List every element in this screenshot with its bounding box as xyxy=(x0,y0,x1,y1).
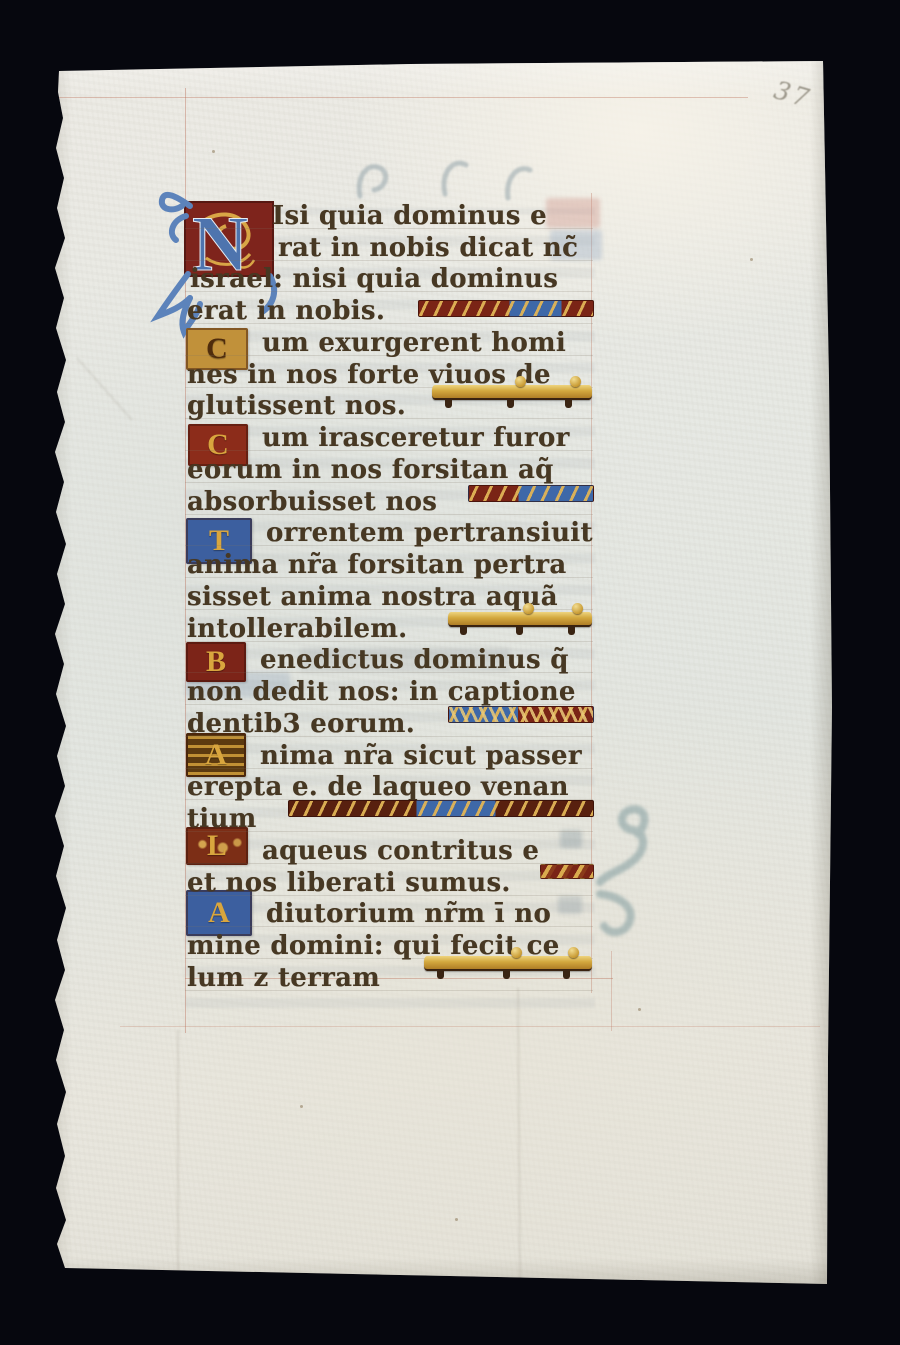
ivy-foot xyxy=(507,399,514,408)
parchment-speck xyxy=(212,150,215,153)
ivy-foot xyxy=(445,399,452,408)
ivy-foot xyxy=(516,626,523,635)
line-filler-lattice xyxy=(448,706,594,723)
showthrough-patch xyxy=(558,896,582,914)
text-line: absorbuisset nos xyxy=(187,487,437,517)
gold-ball xyxy=(572,603,583,614)
line-filler-braid xyxy=(468,485,594,502)
line-filler-goldbar xyxy=(424,946,592,980)
text-line: non dedit nos: in captione xyxy=(187,677,576,707)
line-filler-goldbar xyxy=(432,375,592,409)
parchment-speck xyxy=(455,1218,458,1221)
gold-overlay xyxy=(469,486,593,501)
ivy-foot xyxy=(565,399,572,408)
gold-ball xyxy=(570,376,581,387)
text-line: um exurgerent homi xyxy=(262,328,566,358)
text-line: tium xyxy=(187,804,257,834)
ruling-line xyxy=(58,97,748,98)
ivy-foot xyxy=(563,970,570,979)
parchment-speck xyxy=(300,1105,303,1108)
gold-overlay-2 xyxy=(449,707,593,722)
manuscript-leaf: N CCTBALA Isi quia dominus erat in nobis… xyxy=(50,58,836,1292)
illuminated-initial-A: A xyxy=(186,733,246,777)
text-line: israel: nisi quia dominus xyxy=(190,264,558,294)
gold-overlay xyxy=(419,301,593,316)
text-line: anima nr̃a forsitan pertra xyxy=(187,550,567,580)
text-line: aqueus contritus e xyxy=(262,836,539,866)
ivy-foot xyxy=(568,626,575,635)
initial-letter: A xyxy=(208,898,230,928)
text-line: lum z terram xyxy=(187,963,380,993)
ruling-line xyxy=(120,1026,820,1027)
line-filler-goldbar xyxy=(448,602,592,636)
folio-number: 37 xyxy=(771,75,815,113)
ivy-foot xyxy=(437,970,444,979)
illuminated-initial-B: B xyxy=(186,642,246,682)
parchment-speck xyxy=(750,258,753,261)
gold-bar xyxy=(432,385,592,400)
text-line: intollerabilem. xyxy=(187,614,408,644)
text-line: eorum in nos forsitan aq̃ xyxy=(187,455,554,485)
gold-overlay xyxy=(289,801,593,816)
text-line: erat in nobis. xyxy=(187,296,385,326)
text-line: um irasceretur furor xyxy=(262,423,570,453)
text-line: nima nr̃a sicut passer xyxy=(260,741,582,771)
ghost-s-flourish xyxy=(600,809,644,932)
gold-bar xyxy=(448,612,592,627)
text-line: rat in nobis dicat nc̃ xyxy=(278,233,578,263)
parchment-speck xyxy=(638,1008,641,1011)
text-line: orrentem pertransiuit xyxy=(266,518,593,548)
text-line: erepta e. de laqueo venan xyxy=(187,772,569,802)
gold-ball xyxy=(523,603,534,614)
ivy-foot xyxy=(460,626,467,635)
text-line: et nos liberati sumus. xyxy=(187,868,511,898)
gold-bar xyxy=(424,956,592,971)
line-filler-braid xyxy=(288,800,594,817)
ghost-ascender-curls xyxy=(359,163,530,198)
line-filler-braid xyxy=(418,300,594,317)
showthrough-patch xyxy=(560,830,582,848)
photo-background: N CCTBALA Isi quia dominus erat in nobis… xyxy=(0,0,900,1345)
text-line: diutorium nr̃m ī no xyxy=(266,899,551,929)
initial-letter: A xyxy=(205,740,227,770)
text-line: Isi quia dominus e xyxy=(272,201,547,231)
ruling-line xyxy=(611,951,612,1031)
text-line: glutissent nos. xyxy=(187,391,406,421)
text-line: dentib3 eorum. xyxy=(187,709,415,739)
initial-letter: L xyxy=(207,831,227,861)
ivy-foot xyxy=(503,970,510,979)
showthrough-patch xyxy=(546,198,600,228)
text-line: enedictus dominus q̃ xyxy=(260,645,569,675)
line-filler-leaf xyxy=(540,864,594,879)
